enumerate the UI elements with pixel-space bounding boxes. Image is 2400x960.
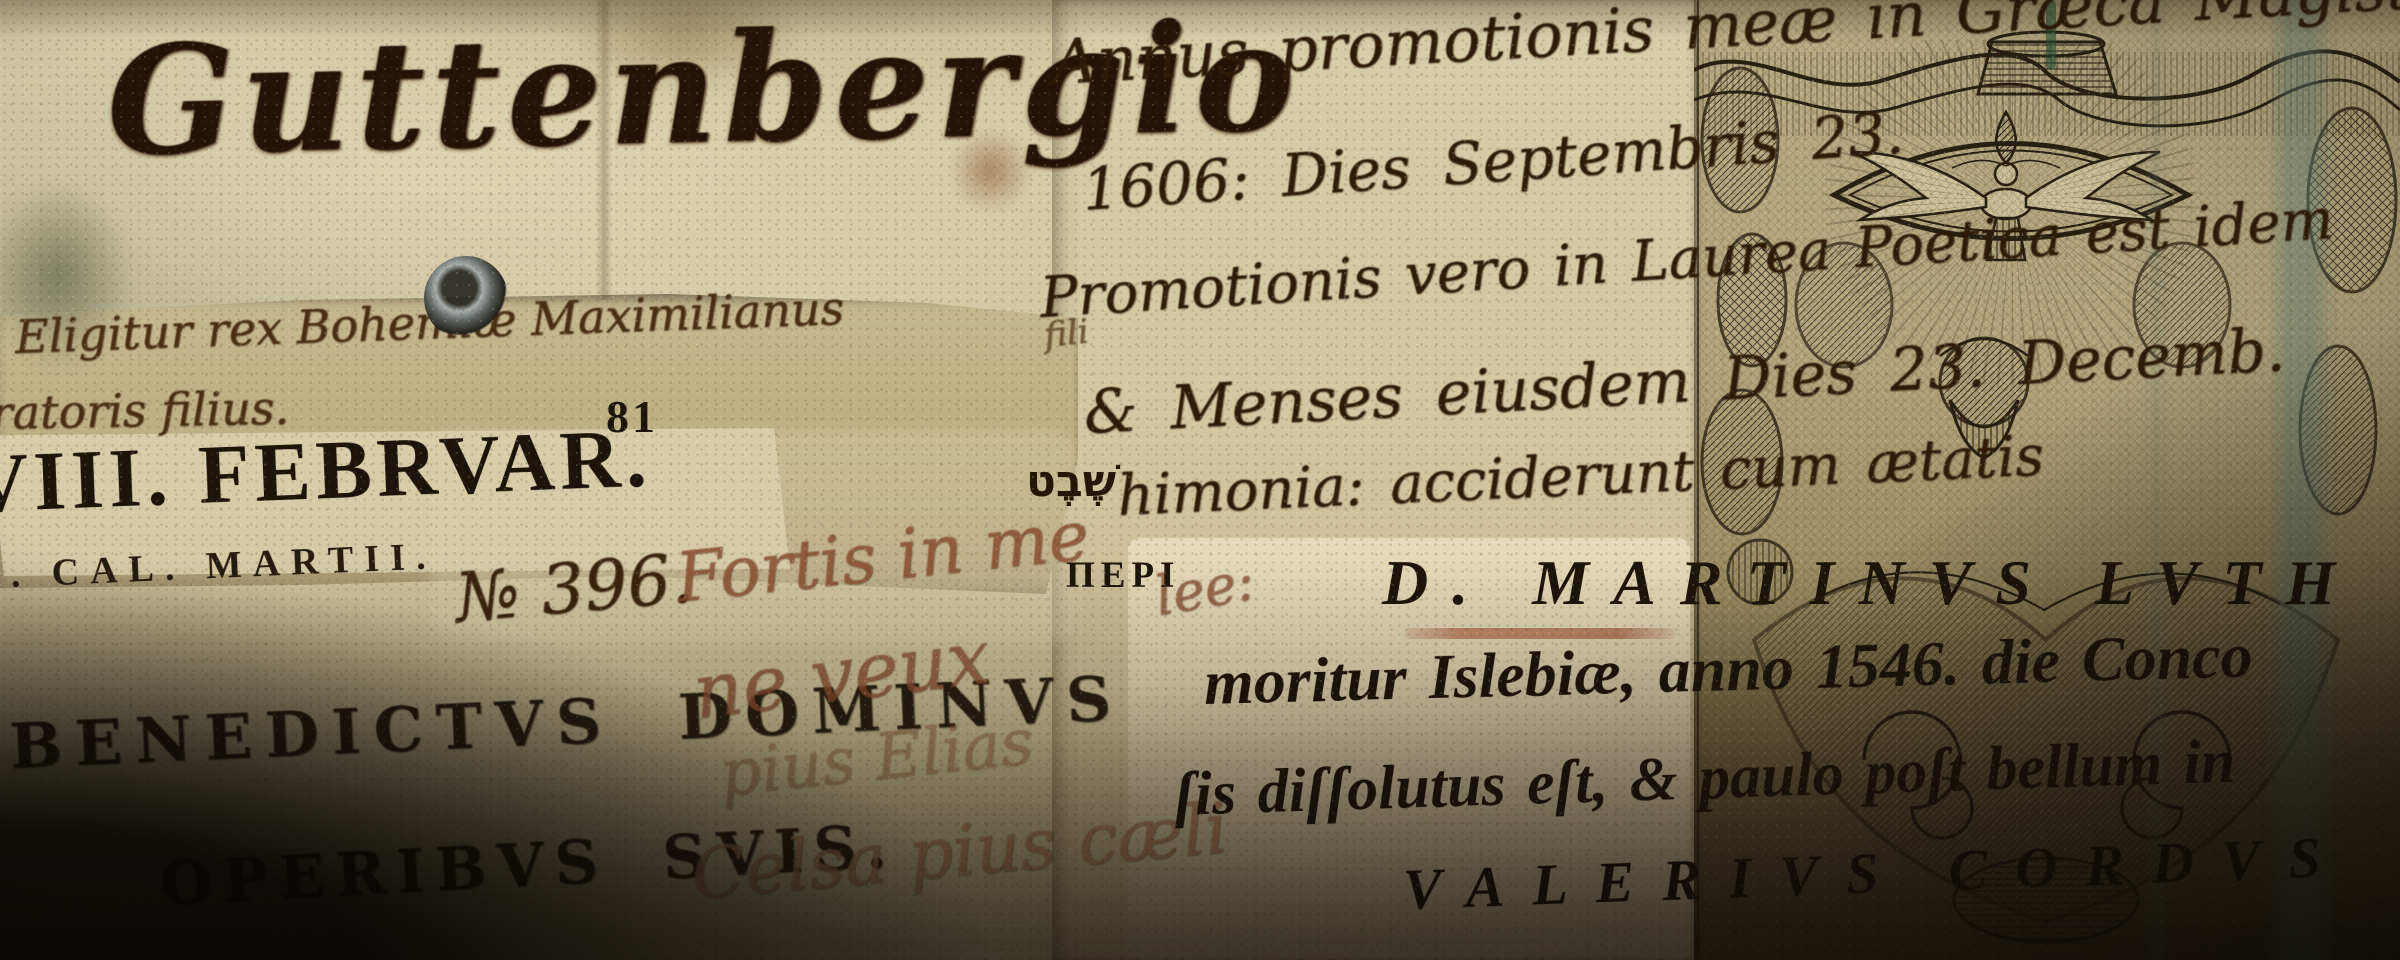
- manuscript-collage: Guttenbergio Eligitur rex Bohemiæ Maximi…: [0, 0, 2400, 960]
- greek-word-peri: ΠΕΡΙ: [1066, 554, 1180, 597]
- print-martinus-luther: D. MARTINVS LVTH: [1382, 546, 2359, 620]
- teal-streak: [2266, 0, 2338, 960]
- teal-streak-faint: [2142, 0, 2172, 960]
- hebrew-word: שֶׁבֶט: [1026, 456, 1116, 507]
- grommet-ring: [424, 256, 508, 340]
